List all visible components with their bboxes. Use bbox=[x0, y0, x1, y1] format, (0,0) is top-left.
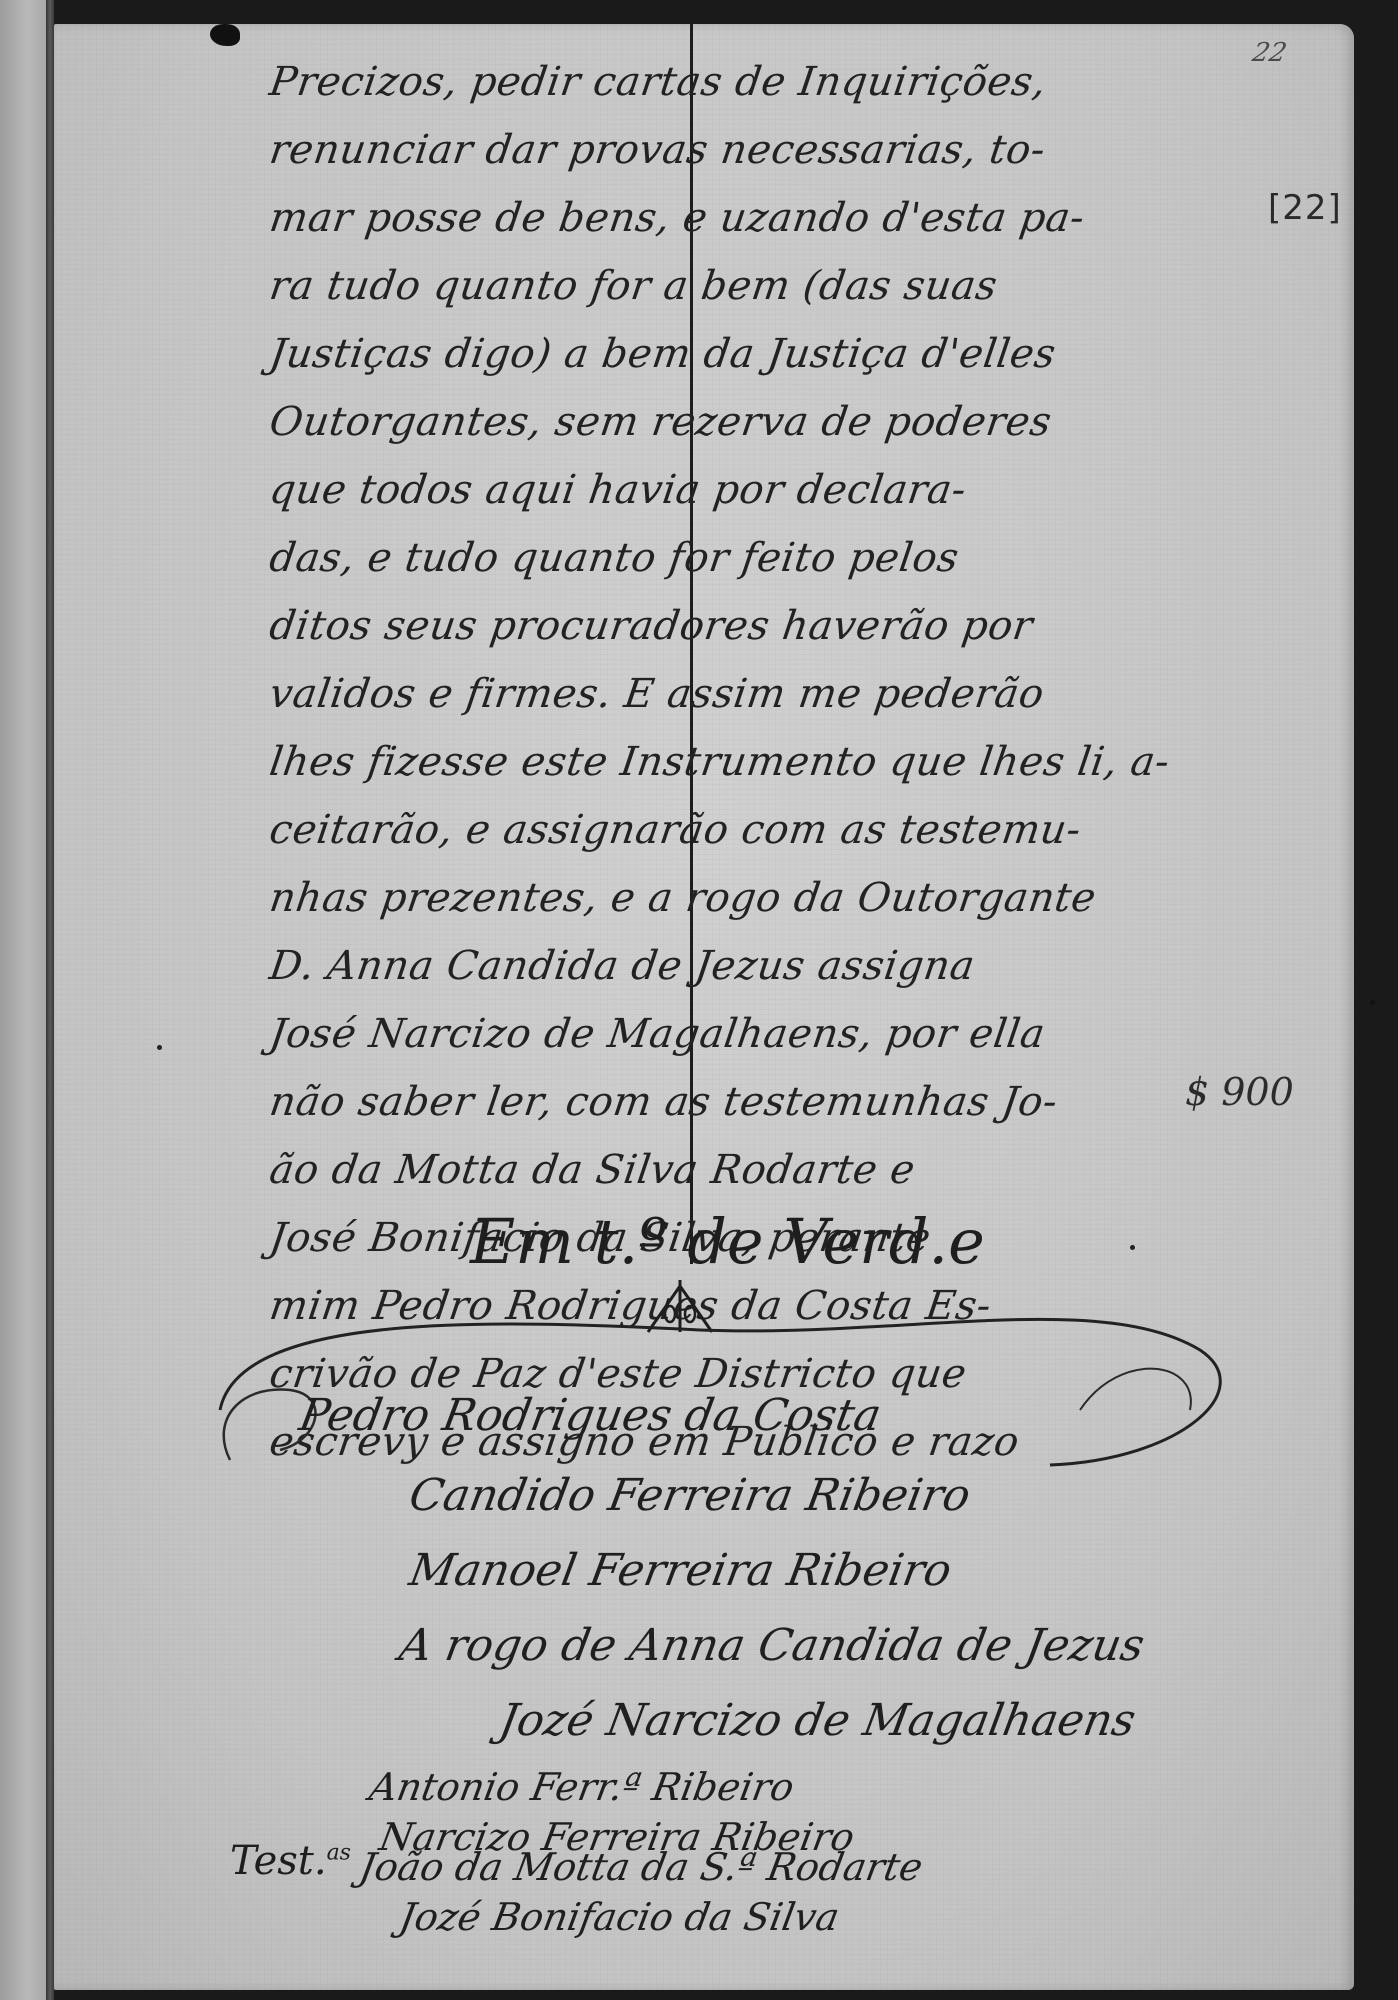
ink-speck bbox=[1130, 1245, 1135, 1250]
witness-label-text: Test. bbox=[230, 1838, 327, 1884]
witness-signature: João da Motta da S.ª Rodarte bbox=[356, 1845, 926, 1889]
ink-speck bbox=[157, 1045, 162, 1050]
signer-signature: Jozé Narcizo de Magalhaens bbox=[496, 1695, 1140, 1746]
signer-signature: Antonio Ferr.ª Ribeiro bbox=[366, 1765, 797, 1809]
ink-speck bbox=[1370, 1000, 1375, 1005]
witness-label-sup: as bbox=[327, 1841, 351, 1866]
signature-block: Pedro Rodrigues da Costa Candido Ferreir… bbox=[0, 0, 1398, 2000]
signer-signature: Candido Ferreira Ribeiro bbox=[406, 1470, 975, 1521]
signer-signature: Manoel Ferreira Ribeiro bbox=[406, 1545, 956, 1596]
notary-signature: Pedro Rodrigues da Costa bbox=[296, 1390, 885, 1441]
signer-signature: A rogo de Anna Candida de Jezus bbox=[396, 1620, 1149, 1671]
witness-label: Test.as bbox=[230, 1838, 351, 1884]
witness-signature: Jozé Bonifacio da Silva bbox=[396, 1895, 843, 1939]
